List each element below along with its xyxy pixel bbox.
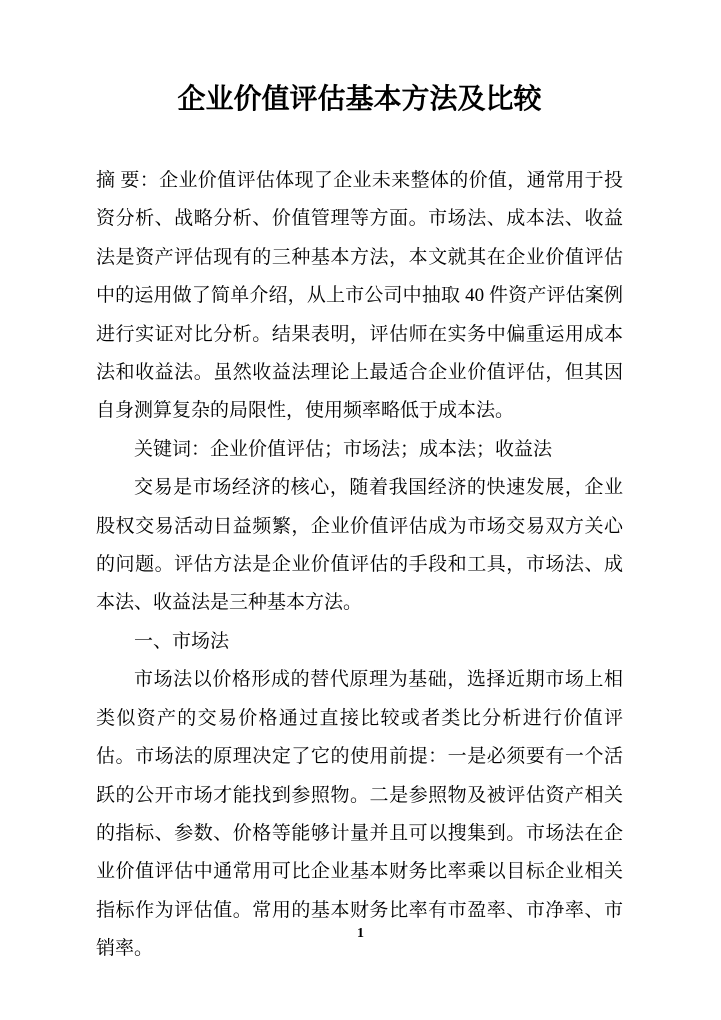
paragraph-abstract: 摘 要：企业价值评估体现了企业未来整体的价值，通常用于投资分析、战略分析、价值管… xyxy=(96,162,623,431)
document-page: 企业价值评估基本方法及比较 摘 要：企业价值评估体现了企业未来整体的价值，通常用… xyxy=(0,0,721,1020)
document-content: 企业价值评估基本方法及比较 摘 要：企业价值评估体现了企业未来整体的价值，通常用… xyxy=(96,0,623,969)
page-number: 1 xyxy=(0,924,721,944)
paragraph-introduction: 交易是市场经济的核心，随着我国经济的快速发展，企业股权交易活动日益频繁，企业价值… xyxy=(96,469,623,623)
section-heading-market-method: 一、市场法 xyxy=(96,623,623,661)
paragraph-keywords: 关键词：企业价值评估；市场法；成本法；收益法 xyxy=(96,431,623,469)
paragraph-market-method: 市场法以价格形成的替代原理为基础，选择近期市场上相类似资产的交易价格通过直接比较… xyxy=(96,661,623,968)
document-title: 企业价值评估基本方法及比较 xyxy=(96,80,623,120)
